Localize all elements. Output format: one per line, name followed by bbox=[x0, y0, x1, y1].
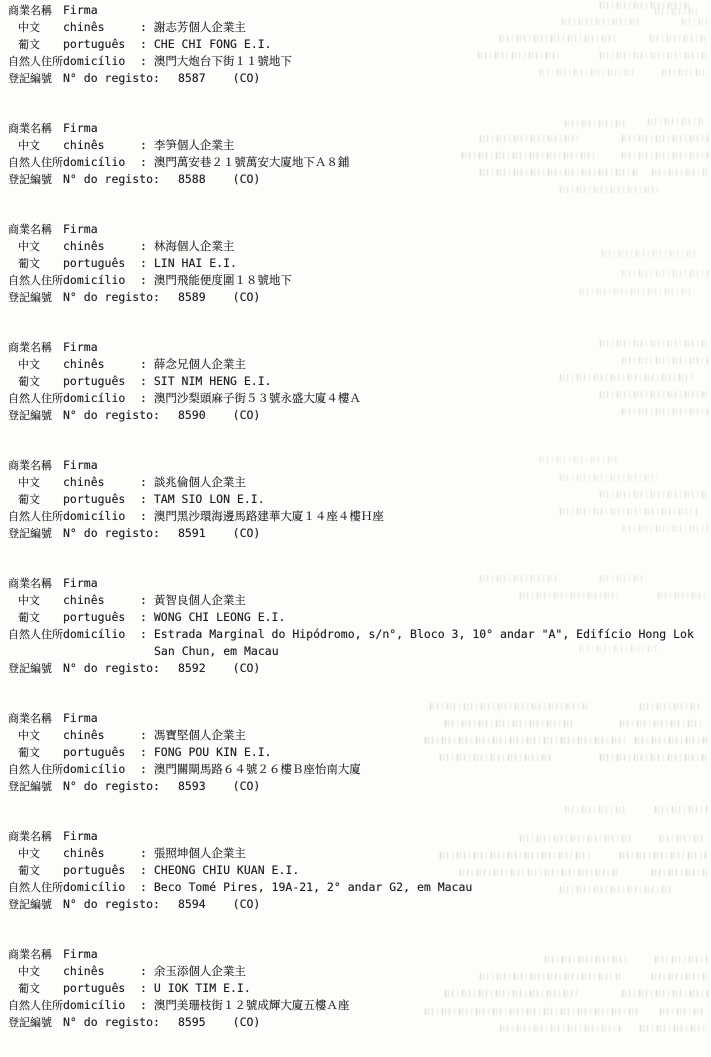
field-value: : FONG POU KIN E.I. bbox=[140, 744, 711, 761]
field-label-zh: 葡文 bbox=[8, 980, 63, 997]
registration-co-suffix: (CO) bbox=[233, 171, 261, 188]
firm-label-zh: 商業名稱 bbox=[8, 457, 63, 474]
field-label-zh: 自然人住所 bbox=[8, 272, 63, 289]
registration-row: 登記編號 N° do registo: 8590 (CO) bbox=[8, 407, 711, 424]
field-rows: 中文 chinês : 薛念兄個人企業主 葡文 português : SIT … bbox=[8, 356, 711, 407]
registration-label-zh: 登記編號 bbox=[8, 1014, 63, 1031]
field-rows: 中文 chinês : 李笋個人企業主 自然人住所 domicílio : 澳門… bbox=[8, 137, 711, 171]
field-label-pt: chinês bbox=[63, 137, 140, 154]
firm-label-pt: Firma bbox=[63, 457, 140, 474]
field-value: : LIN HAI E.I. bbox=[140, 255, 711, 272]
field-value: : Beco Tomé Pires, 19A-21, 2° andar G2, … bbox=[140, 879, 711, 896]
registry-entry: 商業名稱 Firma 中文 chinês : 談兆倫個人企業主 葡文 portu… bbox=[8, 457, 711, 542]
field-label-zh: 中文 bbox=[8, 356, 63, 373]
firm-label-pt: Firma bbox=[63, 221, 140, 238]
field-rows: 中文 chinês : 張照坤個人企業主 葡文 português : CHEO… bbox=[8, 845, 711, 896]
field-label-pt: chinês bbox=[63, 727, 140, 744]
scanned-registry-page: 商業名稱 Firma 中文 chinês : 謝志芳個人企業主 葡文 portu… bbox=[0, 0, 711, 1057]
registry-entry: 商業名稱 Firma 中文 chinês : 林海個人企業主 葡文 portug… bbox=[8, 221, 711, 306]
field-rows: 中文 chinês : 談兆倫個人企業主 葡文 português : TAM … bbox=[8, 474, 711, 525]
field-value: : 澳門關閘馬路６４號２６樓Ｂ座怡南大廈 bbox=[140, 761, 711, 778]
field-row: 中文 chinês : 張照坤個人企業主 bbox=[8, 845, 711, 862]
firm-label-pt: Firma bbox=[63, 575, 140, 592]
field-label-zh: 中文 bbox=[8, 963, 63, 980]
registration-co-suffix: (CO) bbox=[233, 407, 261, 424]
field-label-pt: chinês bbox=[63, 845, 140, 862]
field-value: : U IOK TIM E.I. bbox=[140, 980, 711, 997]
field-row: 中文 chinês : 薛念兄個人企業主 bbox=[8, 356, 711, 373]
field-label-pt: português bbox=[63, 609, 140, 626]
field-rows: 中文 chinês : 余玉添個人企業主 葡文 português : U IO… bbox=[8, 963, 711, 1014]
field-row: 葡文 português : CHEONG CHIU KUAN E.I. bbox=[8, 862, 711, 879]
registration-co-suffix: (CO) bbox=[233, 660, 261, 677]
firm-header-row: 商業名稱 Firma bbox=[8, 457, 711, 474]
registration-label-pt: N° do registo: bbox=[63, 289, 160, 306]
field-row: 葡文 português : U IOK TIM E.I. bbox=[8, 980, 711, 997]
field-row: 中文 chinês : 林海個人企業主 bbox=[8, 238, 711, 255]
field-label-zh: 葡文 bbox=[8, 609, 63, 626]
registry-entry: 商業名稱 Firma 中文 chinês : 張照坤個人企業主 葡文 portu… bbox=[8, 828, 711, 913]
field-label-zh: 自然人住所 bbox=[8, 879, 63, 896]
field-value: : SIT NIM HENG E.I. bbox=[140, 373, 711, 390]
field-label-pt: chinês bbox=[63, 238, 140, 255]
registration-label-zh: 登記編號 bbox=[8, 660, 63, 677]
field-label-zh: 自然人住所 bbox=[8, 390, 63, 407]
registry-entry: 商業名稱 Firma 中文 chinês : 薛念兄個人企業主 葡文 portu… bbox=[8, 339, 711, 424]
field-rows: 中文 chinês : 黃智良個人企業主 葡文 português : WONG… bbox=[8, 592, 711, 660]
firm-header-row: 商業名稱 Firma bbox=[8, 221, 711, 238]
field-value: : 澳門飛能便度圍１８號地下 bbox=[140, 272, 711, 289]
firm-label-pt: Firma bbox=[63, 120, 140, 137]
field-value: : 澳門大炮台下街１１號地下 bbox=[140, 53, 711, 70]
field-row: 自然人住所 domicílio : 澳門沙梨頭麻子街５３號永盛大廈４樓Ａ bbox=[8, 390, 711, 407]
registration-number: 8593 bbox=[178, 778, 206, 795]
registration-label-zh: 登記編號 bbox=[8, 896, 63, 913]
field-value: : TAM SIO LON E.I. bbox=[140, 491, 711, 508]
field-label-pt: chinês bbox=[63, 356, 140, 373]
registration-number: 8587 bbox=[178, 70, 206, 87]
field-label-pt: chinês bbox=[63, 592, 140, 609]
field-value: : CHE CHI FONG E.I. bbox=[140, 36, 711, 53]
registration-number: 8590 bbox=[178, 407, 206, 424]
registration-co-suffix: (CO) bbox=[233, 70, 261, 87]
firm-label-zh: 商業名稱 bbox=[8, 2, 63, 19]
registration-label-pt: N° do registo: bbox=[63, 171, 160, 188]
registration-label-zh: 登記編號 bbox=[8, 407, 63, 424]
field-label-zh: 自然人住所 bbox=[8, 53, 63, 70]
firm-header-row: 商業名稱 Firma bbox=[8, 120, 711, 137]
field-value: : 李笋個人企業主 bbox=[140, 137, 711, 154]
registration-label-zh: 登記編號 bbox=[8, 525, 63, 542]
registry-entry: 商業名稱 Firma 中文 chinês : 馮寶堅個人企業主 葡文 portu… bbox=[8, 710, 711, 795]
field-value: : 謝志芳個人企業主 bbox=[140, 19, 711, 36]
registration-label-pt: N° do registo: bbox=[63, 778, 160, 795]
field-label-pt: domicílio bbox=[63, 626, 140, 660]
field-label-zh: 自然人住所 bbox=[8, 508, 63, 525]
field-rows: 中文 chinês : 林海個人企業主 葡文 português : LIN H… bbox=[8, 238, 711, 289]
field-value: : WONG CHI LEONG E.I. bbox=[140, 609, 711, 626]
field-label-pt: domicílio bbox=[63, 508, 140, 525]
registration-row: 登記編號 N° do registo: 8588 (CO) bbox=[8, 171, 711, 188]
firm-label-zh: 商業名稱 bbox=[8, 221, 63, 238]
registration-number: 8591 bbox=[178, 525, 206, 542]
field-label-zh: 葡文 bbox=[8, 862, 63, 879]
firm-header-row: 商業名稱 Firma bbox=[8, 946, 711, 963]
registration-row: 登記編號 N° do registo: 8593 (CO) bbox=[8, 778, 711, 795]
field-value: : 余玉添個人企業主 bbox=[140, 963, 711, 980]
registration-number: 8589 bbox=[178, 289, 206, 306]
registry-entry: 商業名稱 Firma 中文 chinês : 黃智良個人企業主 葡文 portu… bbox=[8, 575, 711, 677]
firm-label-pt: Firma bbox=[63, 339, 140, 356]
field-label-pt: domicílio bbox=[63, 390, 140, 407]
field-row: 葡文 português : WONG CHI LEONG E.I. bbox=[8, 609, 711, 626]
field-label-zh: 中文 bbox=[8, 845, 63, 862]
field-row: 自然人住所 domicílio : Beco Tomé Pires, 19A-2… bbox=[8, 879, 711, 896]
field-value: : 林海個人企業主 bbox=[140, 238, 711, 255]
registration-row: 登記編號 N° do registo: 8594 (CO) bbox=[8, 896, 711, 913]
field-row: 自然人住所 domicílio : 澳門飛能便度圍１８號地下 bbox=[8, 272, 711, 289]
field-label-pt: domicílio bbox=[63, 879, 140, 896]
registration-label-pt: N° do registo: bbox=[63, 70, 160, 87]
registration-label-pt: N° do registo: bbox=[63, 896, 160, 913]
field-value: : 澳門黑沙環海邊馬路建華大廈１４座４樓Ｈ座 bbox=[140, 508, 711, 525]
field-value: : 黃智良個人企業主 bbox=[140, 592, 711, 609]
field-label-pt: domicílio bbox=[63, 154, 140, 171]
field-label-zh: 中文 bbox=[8, 137, 63, 154]
firm-header-row: 商業名稱 Firma bbox=[8, 575, 711, 592]
registration-label-zh: 登記編號 bbox=[8, 171, 63, 188]
field-label-zh: 葡文 bbox=[8, 491, 63, 508]
registry-entries: 商業名稱 Firma 中文 chinês : 謝志芳個人企業主 葡文 portu… bbox=[8, 2, 711, 1031]
field-value: : 澳門萬安巷２１號萬安大廈地下Ａ８鋪 bbox=[140, 154, 711, 171]
firm-header-row: 商業名稱 Firma bbox=[8, 2, 711, 19]
registration-number: 8595 bbox=[178, 1014, 206, 1031]
field-label-zh: 自然人住所 bbox=[8, 997, 63, 1014]
firm-label-pt: Firma bbox=[63, 946, 140, 963]
registration-label-pt: N° do registo: bbox=[63, 407, 160, 424]
field-row: 葡文 português : CHE CHI FONG E.I. bbox=[8, 36, 711, 53]
field-row: 自然人住所 domicílio : 澳門萬安巷２１號萬安大廈地下Ａ８鋪 bbox=[8, 154, 711, 171]
field-label-zh: 中文 bbox=[8, 238, 63, 255]
registration-label-pt: N° do registo: bbox=[63, 525, 160, 542]
firm-label-zh: 商業名稱 bbox=[8, 339, 63, 356]
field-label-zh: 中文 bbox=[8, 19, 63, 36]
field-label-pt: português bbox=[63, 862, 140, 879]
field-label-pt: domicílio bbox=[63, 272, 140, 289]
field-row: 自然人住所 domicílio : 澳門大炮台下街１１號地下 bbox=[8, 53, 711, 70]
field-label-pt: português bbox=[63, 744, 140, 761]
firm-header-row: 商業名稱 Firma bbox=[8, 710, 711, 727]
field-label-pt: português bbox=[63, 980, 140, 997]
field-row: 中文 chinês : 談兆倫個人企業主 bbox=[8, 474, 711, 491]
registration-label-zh: 登記編號 bbox=[8, 778, 63, 795]
firm-label-zh: 商業名稱 bbox=[8, 710, 63, 727]
field-value: : 澳門沙梨頭麻子街５３號永盛大廈４樓Ａ bbox=[140, 390, 711, 407]
registry-entry: 商業名稱 Firma 中文 chinês : 謝志芳個人企業主 葡文 portu… bbox=[8, 2, 711, 87]
field-row: 自然人住所 domicílio : Estrada Marginal do Hi… bbox=[8, 626, 711, 660]
registration-number: 8592 bbox=[178, 660, 206, 677]
field-row: 中文 chinês : 謝志芳個人企業主 bbox=[8, 19, 711, 36]
field-row: 自然人住所 domicílio : 澳門黑沙環海邊馬路建華大廈１４座４樓Ｈ座 bbox=[8, 508, 711, 525]
field-row: 中文 chinês : 馮寶堅個人企業主 bbox=[8, 727, 711, 744]
firm-header-row: 商業名稱 Firma bbox=[8, 828, 711, 845]
registration-label-pt: N° do registo: bbox=[63, 1014, 160, 1031]
firm-label-pt: Firma bbox=[63, 2, 140, 19]
registry-entry: 商業名稱 Firma 中文 chinês : 余玉添個人企業主 葡文 portu… bbox=[8, 946, 711, 1031]
registration-co-suffix: (CO) bbox=[233, 1014, 261, 1031]
field-label-pt: chinês bbox=[63, 474, 140, 491]
field-label-zh: 自然人住所 bbox=[8, 154, 63, 171]
field-value: : CHEONG CHIU KUAN E.I. bbox=[140, 862, 711, 879]
firm-label-zh: 商業名稱 bbox=[8, 946, 63, 963]
registration-row: 登記編號 N° do registo: 8591 (CO) bbox=[8, 525, 711, 542]
field-label-pt: português bbox=[63, 36, 140, 53]
field-row: 自然人住所 domicílio : 澳門關閘馬路６４號２６樓Ｂ座怡南大廈 bbox=[8, 761, 711, 778]
firm-label-zh: 商業名稱 bbox=[8, 828, 63, 845]
field-label-zh: 葡文 bbox=[8, 373, 63, 390]
registration-row: 登記編號 N° do registo: 8587 (CO) bbox=[8, 70, 711, 87]
firm-header-row: 商業名稱 Firma bbox=[8, 339, 711, 356]
field-label-pt: português bbox=[63, 255, 140, 272]
firm-label-zh: 商業名稱 bbox=[8, 120, 63, 137]
field-label-zh: 中文 bbox=[8, 474, 63, 491]
field-label-zh: 中文 bbox=[8, 592, 63, 609]
registration-label-zh: 登記編號 bbox=[8, 289, 63, 306]
field-row: 葡文 português : SIT NIM HENG E.I. bbox=[8, 373, 711, 390]
registration-co-suffix: (CO) bbox=[233, 289, 261, 306]
field-value: : 談兆倫個人企業主 bbox=[140, 474, 711, 491]
field-row: 中文 chinês : 余玉添個人企業主 bbox=[8, 963, 711, 980]
field-value: : 薛念兄個人企業主 bbox=[140, 356, 711, 373]
registry-entry: 商業名稱 Firma 中文 chinês : 李笋個人企業主 自然人住所 dom… bbox=[8, 120, 711, 188]
field-label-pt: domicílio bbox=[63, 761, 140, 778]
registration-co-suffix: (CO) bbox=[233, 778, 261, 795]
registration-number: 8594 bbox=[178, 896, 206, 913]
firm-label-pt: Firma bbox=[63, 828, 140, 845]
field-label-zh: 葡文 bbox=[8, 255, 63, 272]
registration-label-zh: 登記編號 bbox=[8, 70, 63, 87]
field-value: : 馮寶堅個人企業主 bbox=[140, 727, 711, 744]
field-rows: 中文 chinês : 馮寶堅個人企業主 葡文 português : FONG… bbox=[8, 727, 711, 778]
registration-co-suffix: (CO) bbox=[233, 525, 261, 542]
field-row: 葡文 português : TAM SIO LON E.I. bbox=[8, 491, 711, 508]
field-label-zh: 葡文 bbox=[8, 36, 63, 53]
firm-label-pt: Firma bbox=[63, 710, 140, 727]
field-label-zh: 自然人住所 bbox=[8, 626, 63, 660]
field-label-zh: 自然人住所 bbox=[8, 761, 63, 778]
field-label-pt: domicílio bbox=[63, 53, 140, 70]
field-row: 自然人住所 domicílio : 澳門美珊枝街１２號成輝大廈五樓Ａ座 bbox=[8, 997, 711, 1014]
registration-row: 登記編號 N° do registo: 8589 (CO) bbox=[8, 289, 711, 306]
field-row: 葡文 português : LIN HAI E.I. bbox=[8, 255, 711, 272]
field-value: : Estrada Marginal do Hipódromo, s/n°, B… bbox=[140, 626, 711, 660]
field-label-pt: português bbox=[63, 373, 140, 390]
firm-label-zh: 商業名稱 bbox=[8, 575, 63, 592]
field-label-pt: domicílio bbox=[63, 997, 140, 1014]
field-value: : 張照坤個人企業主 bbox=[140, 845, 711, 862]
registration-label-pt: N° do registo: bbox=[63, 660, 160, 677]
field-row: 中文 chinês : 黃智良個人企業主 bbox=[8, 592, 711, 609]
field-label-pt: português bbox=[63, 491, 140, 508]
field-label-pt: chinês bbox=[63, 963, 140, 980]
field-row: 葡文 português : FONG POU KIN E.I. bbox=[8, 744, 711, 761]
field-label-zh: 中文 bbox=[8, 727, 63, 744]
field-label-zh: 葡文 bbox=[8, 744, 63, 761]
registration-co-suffix: (CO) bbox=[233, 896, 261, 913]
field-value: : 澳門美珊枝街１２號成輝大廈五樓Ａ座 bbox=[140, 997, 711, 1014]
field-row: 中文 chinês : 李笋個人企業主 bbox=[8, 137, 711, 154]
registration-row: 登記編號 N° do registo: 8592 (CO) bbox=[8, 660, 711, 677]
field-rows: 中文 chinês : 謝志芳個人企業主 葡文 português : CHE … bbox=[8, 19, 711, 70]
registration-row: 登記編號 N° do registo: 8595 (CO) bbox=[8, 1014, 711, 1031]
registration-number: 8588 bbox=[178, 171, 206, 188]
field-label-pt: chinês bbox=[63, 19, 140, 36]
